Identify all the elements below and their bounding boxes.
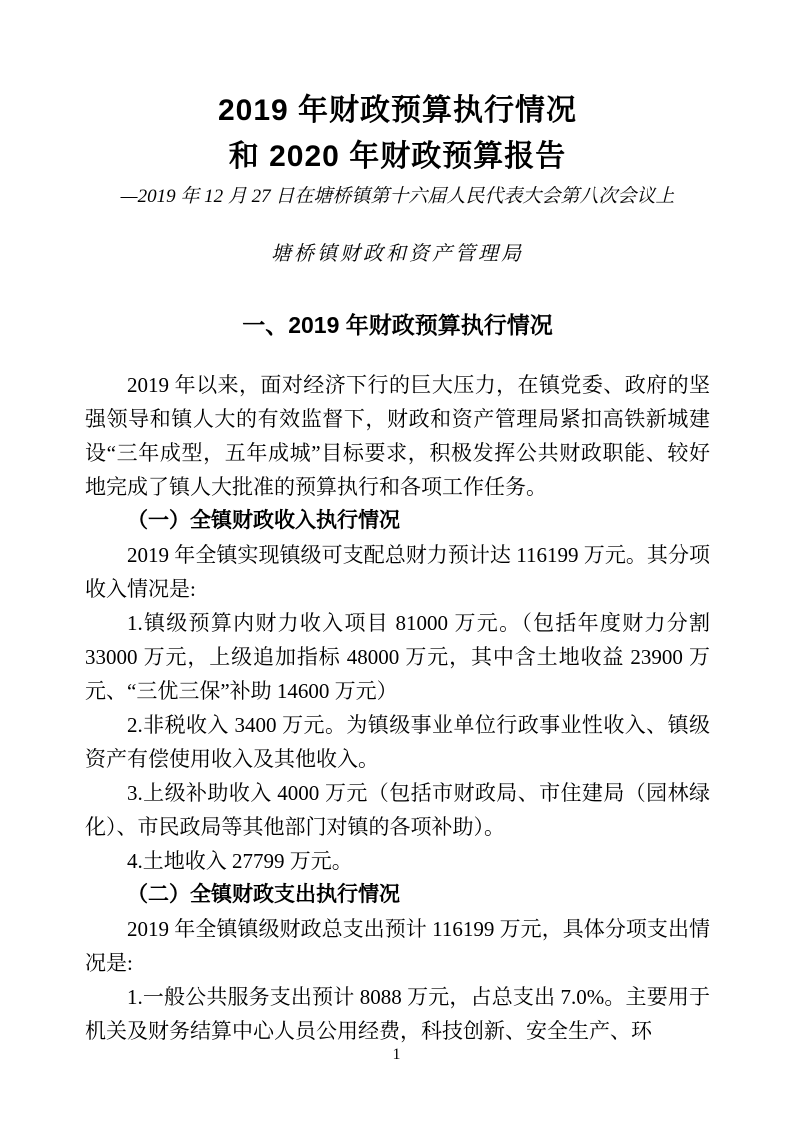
- document-agency: 塘桥镇财政和资产管理局: [85, 242, 710, 266]
- page-number: 1: [0, 1044, 793, 1066]
- document-title-line2: 和 2020 年财政预算报告: [85, 134, 710, 180]
- paragraph-income-item4: 4.土地收入 27799 万元。: [85, 844, 710, 878]
- paragraph-income-item3: 3.上级补助收入 4000 万元（包括市财政局、市住建局（园林绿化）、市民政局等…: [85, 776, 710, 844]
- paragraph-income-item2: 2.非税收入 3400 万元。为镇级事业单位行政事业性收入、镇级资产有偿使用收入…: [85, 708, 710, 776]
- paragraph-income-item1: 1.镇级预算内财力收入项目 81000 万元。（包括年度财力分割 33000 万…: [85, 606, 710, 708]
- subsection-heading-income: （一）全镇财政收入执行情况: [85, 504, 710, 538]
- subsection-heading-expense: （二）全镇财政支出执行情况: [85, 878, 710, 912]
- paragraph-expense-intro: 2019 年全镇镇级财政总支出预计 116199 万元，具体分项支出情况是:: [85, 912, 710, 980]
- document-title-line1: 2019 年财政预算执行情况: [85, 88, 710, 134]
- section-heading-2019-execution: 一、2019 年财政预算执行情况: [85, 308, 710, 342]
- document-page: 2019 年财政预算执行情况 和 2020 年财政预算报告 —2019 年 12…: [0, 0, 793, 1122]
- paragraph-expense-item1: 1.一般公共服务支出预计 8088 万元，占总支出 7.0%。主要用于机关及财务…: [85, 980, 710, 1048]
- paragraph-income-intro: 2019 年全镇实现镇级可支配总财力预计达 116199 万元。其分项收入情况是…: [85, 538, 710, 606]
- paragraph-intro: 2019 年以来，面对经济下行的巨大压力，在镇党委、政府的坚强领导和镇人大的有效…: [85, 368, 710, 504]
- document-subtitle: —2019 年 12 月 27 日在塘桥镇第十六届人民代表大会第八次会议上: [85, 182, 710, 212]
